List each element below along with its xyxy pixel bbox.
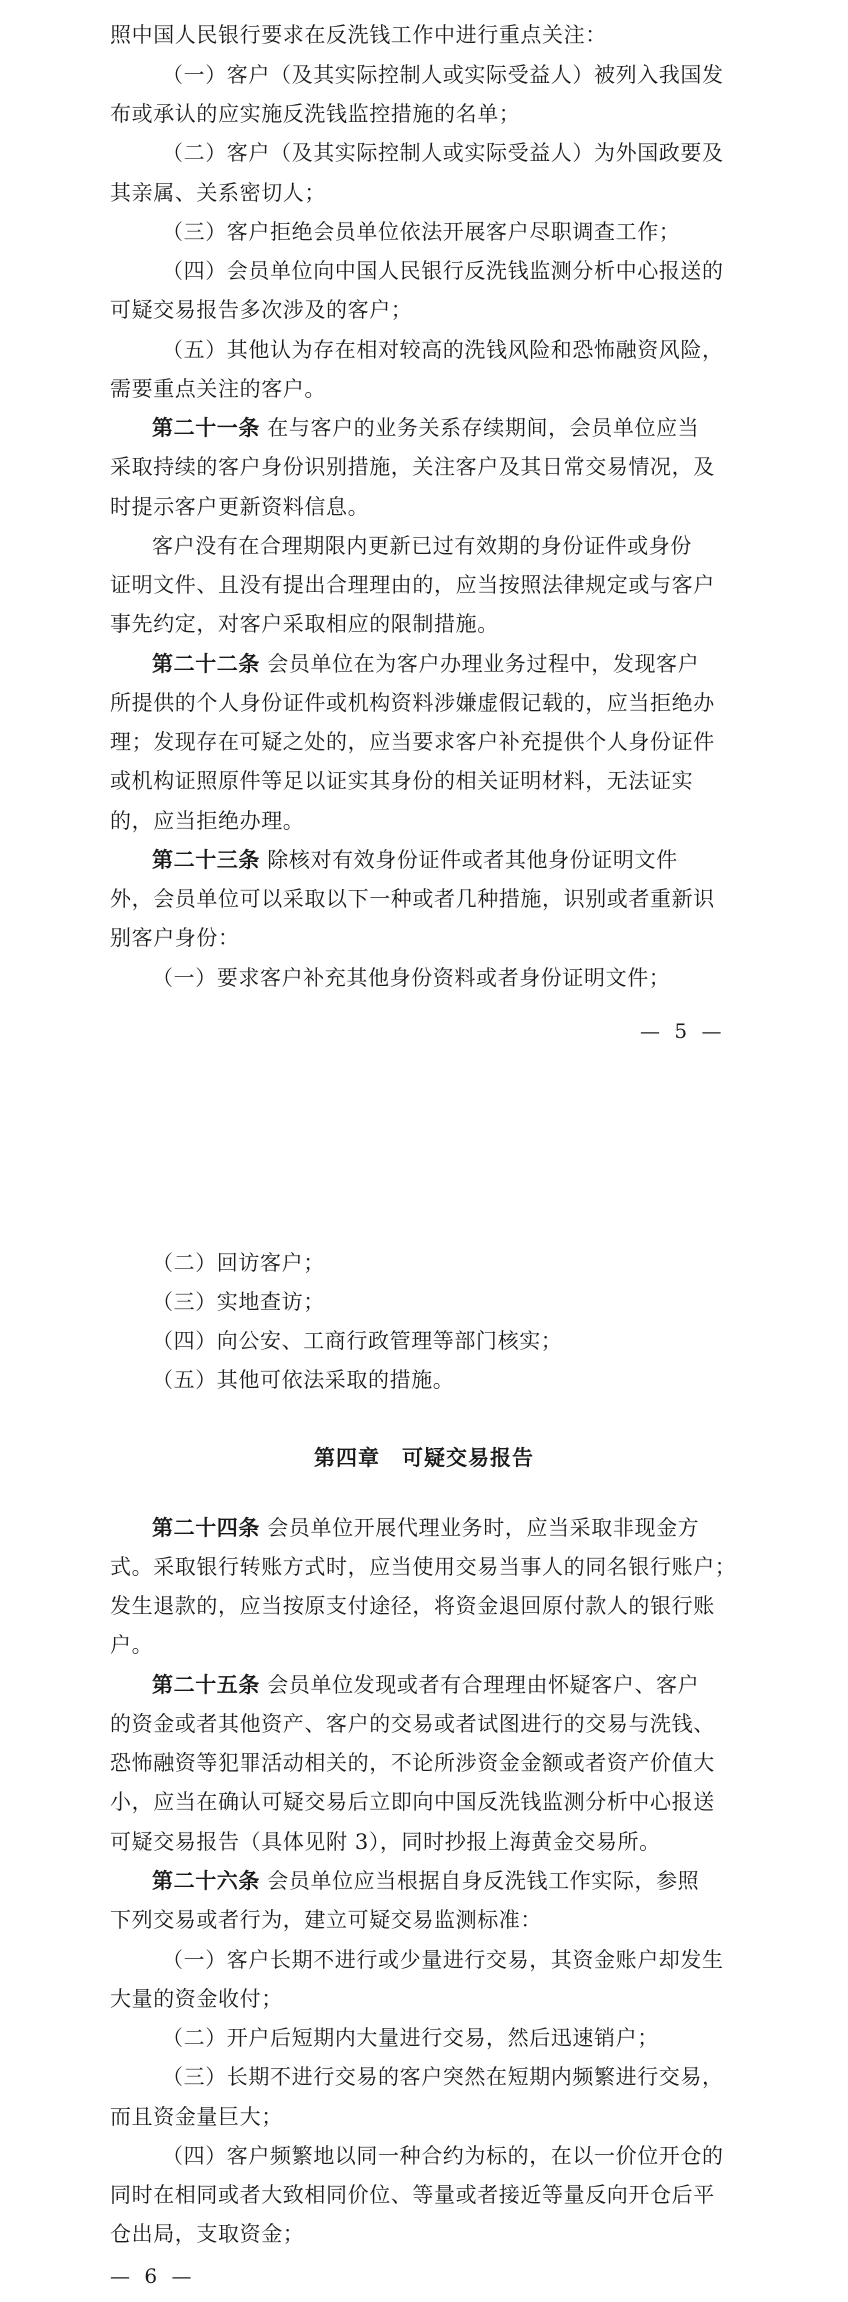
text-line: 可疑交易报告多次涉及的客户； <box>110 298 730 322</box>
text-line: 事先约定，对客户采取相应的限制措施。 <box>110 612 730 636</box>
text-line: 照中国人民银行要求在反洗钱工作中进行重点关注： <box>110 23 730 47</box>
text-line: 外，会员单位可以采取以下一种或者几种措施，识别或者重新识 <box>110 887 730 911</box>
article-text: 会员单位发现或者有合理理由怀疑客户、客户 <box>267 1673 699 1697</box>
text-line: 证明文件、且没有提出合理理由的，应当按照法律规定或与客户 <box>110 573 730 597</box>
text-line: 其亲属、关系密切人； <box>110 181 730 205</box>
text-line: 下列交易或者行为，建立可疑交易监测标准： <box>110 1908 730 1932</box>
text-line: 时提示客户更新资料信息。 <box>110 495 730 519</box>
article-21: 第二十一条 在与客户的业务关系存续期间，会员单位应当 <box>152 416 772 440</box>
text-line: 需要重点关注的客户。 <box>110 377 730 401</box>
list-item: （五）其他可依法采取的措施。 <box>152 1368 772 1392</box>
article-title: 第二十一条 <box>152 415 260 440</box>
page-number: — 5 — <box>640 1019 725 1043</box>
text-line: 小，应当在确认可疑交易后立即向中国反洗钱监测分析中心报送 <box>110 1790 730 1814</box>
article-25: 第二十五条 会员单位发现或者有合理理由怀疑客户、客户 <box>152 1673 772 1697</box>
article-23: 第二十三条 除核对有效身份证件或者其他身份证明文件 <box>152 848 772 872</box>
text-line: 布或承认的应实施反洗钱监控措施的名单； <box>110 102 730 126</box>
list-item: （二）客户（及其实际控制人或实际受益人）为外国政要及 <box>162 141 782 165</box>
list-item: （二）回访客户； <box>152 1251 772 1275</box>
text-line: 户。 <box>110 1633 730 1657</box>
list-item: （一）客户（及其实际控制人或实际受益人）被列入我国发 <box>162 63 782 87</box>
list-item: （四）客户频繁地以同一种合约为标的，在以一价位开仓的 <box>162 2144 782 2168</box>
article-22: 第二十二条 会员单位在为客户办理业务过程中，发现客户 <box>152 652 772 676</box>
article-title: 第二十二条 <box>152 651 260 676</box>
list-item: （一）要求客户补充其他身份资料或者身份证明文件； <box>152 966 772 990</box>
article-text: 会员单位开展代理业务时，应当采取非现金方 <box>267 1516 699 1540</box>
article-title: 第二十四条 <box>152 1515 260 1540</box>
text-line: 同时在相同或者大致相同价位、等量或者接近等量反向开仓后平 <box>110 2183 730 2207</box>
text-line: 而且资金量巨大； <box>110 2105 730 2129</box>
list-item: （四）向公安、工商行政管理等部门核实； <box>152 1329 772 1353</box>
article-title: 第二十六条 <box>152 1868 260 1893</box>
list-item: （三）客户拒绝会员单位依法开展客户尽职调查工作； <box>162 220 782 244</box>
article-24: 第二十四条 会员单位开展代理业务时，应当采取非现金方 <box>152 1516 772 1540</box>
text-line: 理；发现存在可疑之处的，应当要求客户补充提供个人身份证件 <box>110 730 730 754</box>
article-text: 在与客户的业务关系存续期间，会员单位应当 <box>267 416 699 440</box>
article-text: 除核对有效身份证件或者其他身份证明文件 <box>267 848 677 872</box>
text-line: 仓出局，支取资金； <box>110 2222 730 2246</box>
article-title: 第二十五条 <box>152 1672 260 1697</box>
list-item: （五）其他认为存在相对较高的洗钱风险和恐怖融资风险， <box>162 338 782 362</box>
list-item: （四）会员单位向中国人民银行反洗钱监测分析中心报送的 <box>162 259 782 283</box>
article-text: 会员单位应当根据自身反洗钱工作实际，参照 <box>267 1869 699 1893</box>
page-5: 照中国人民银行要求在反洗钱工作中进行重点关注： （一）客户（及其实际控制人或实际… <box>0 0 848 1060</box>
text-line: 的资金或者其他资产、客户的交易或者试图进行的交易与洗钱、 <box>110 1712 730 1736</box>
list-item: （一）客户长期不进行或少量进行交易，其资金账户却发生 <box>162 1948 782 1972</box>
text-line: 的，应当拒绝办理。 <box>110 809 730 833</box>
list-item: （三）长期不进行交易的客户突然在短期内频繁进行交易， <box>162 2065 782 2089</box>
text-line: 大量的资金收付； <box>110 1987 730 2011</box>
article-26: 第二十六条 会员单位应当根据自身反洗钱工作实际，参照 <box>152 1869 772 1893</box>
text-line: 所提供的个人身份证件或机构资料涉嫌虚假记载的，应当拒绝办 <box>110 691 730 715</box>
page-number: — 6 — <box>110 2264 195 2288</box>
text-line: 客户没有在合理期限内更新已过有效期的身份证件或身份 <box>152 534 772 558</box>
article-text: 会员单位在为客户办理业务过程中，发现客户 <box>267 652 699 676</box>
chapter-heading: 第四章 可疑交易报告 <box>0 1446 848 1470</box>
page-6: （二）回访客户； （三）实地查访； （四）向公安、工商行政管理等部门核实； （五… <box>0 1060 848 2302</box>
text-line: 别客户身份： <box>110 926 730 950</box>
list-item: （二）开户后短期内大量进行交易，然后迅速销户； <box>162 2026 782 2050</box>
text-line: 可疑交易报告（具体见附 3），同时抄报上海黄金交易所。 <box>110 1830 730 1854</box>
text-line: 式。采取银行转账方式时，应当使用交易当事人的同名银行账户； <box>110 1555 730 1579</box>
article-title: 第二十三条 <box>152 847 260 872</box>
list-item: （三）实地查访； <box>152 1290 772 1314</box>
text-line: 采取持续的客户身份识别措施，关注客户及其日常交易情况，及 <box>110 455 730 479</box>
text-line: 或机构证照原件等足以证实其身份的相关证明材料，无法证实 <box>110 769 730 793</box>
text-line: 发生退款的，应当按原支付途径，将资金退回原付款人的银行账 <box>110 1594 730 1618</box>
text-line: 恐怖融资等犯罪活动相关的，不论所涉资金金额或者资产价值大 <box>110 1751 730 1775</box>
